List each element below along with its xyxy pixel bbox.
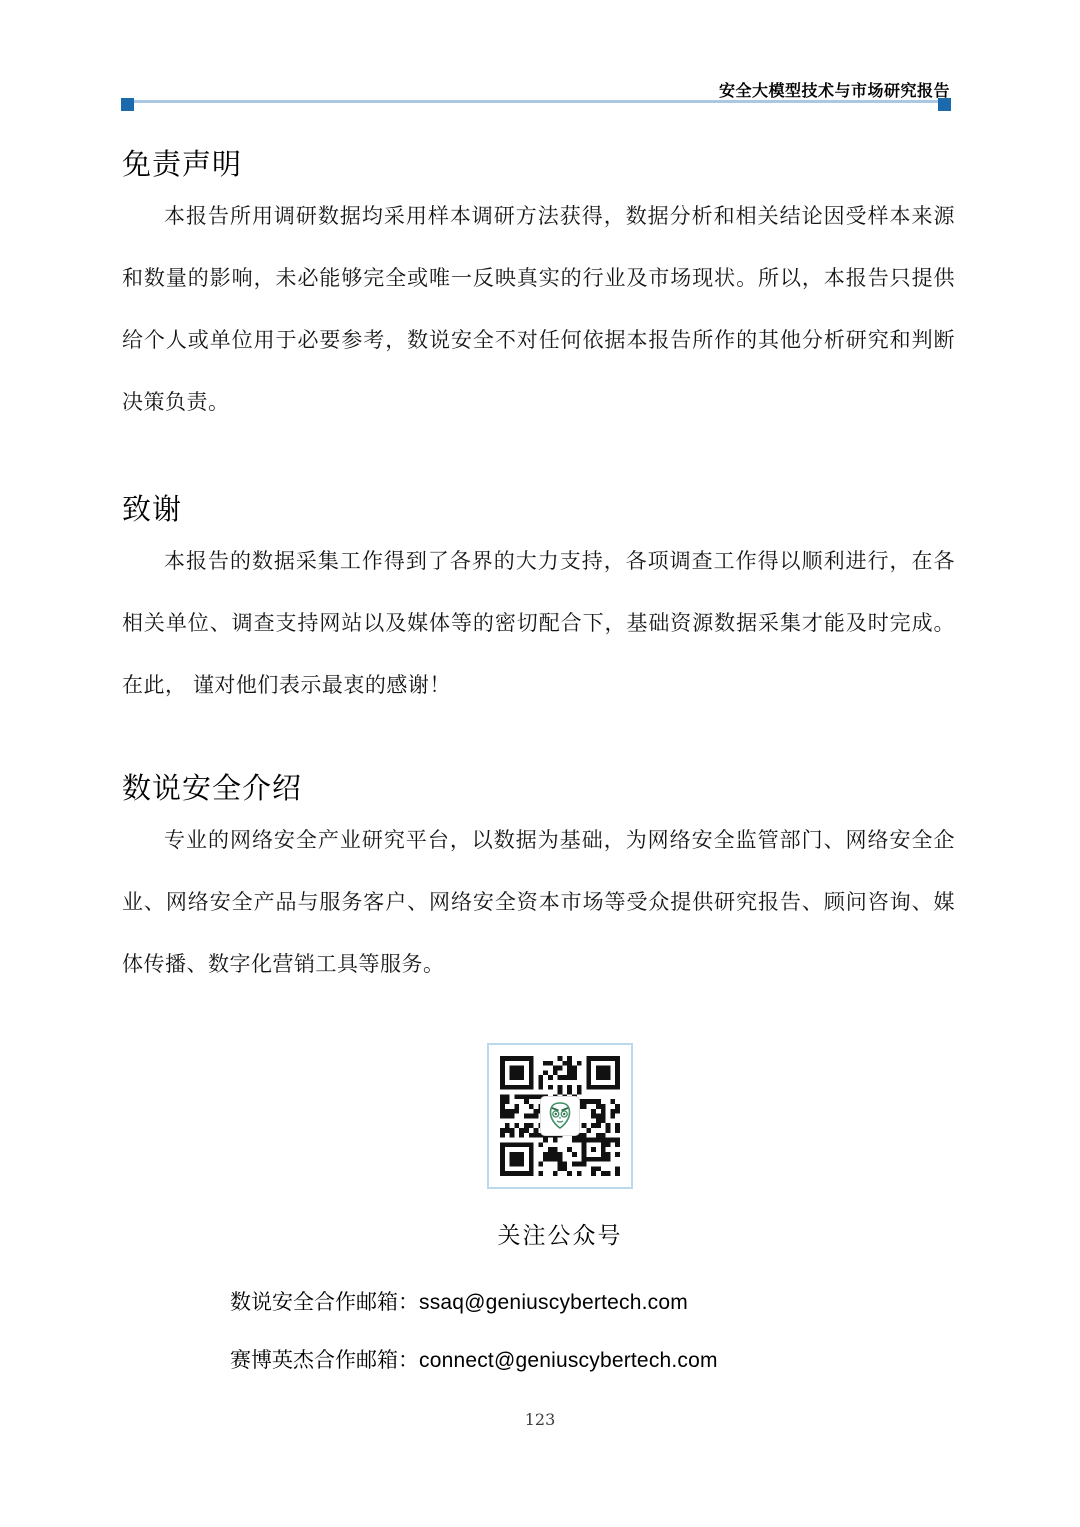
report-header-title: 安全大模型技术与市场研究报告 [719, 78, 950, 101]
contact-label: 数说安全合作邮箱： [230, 1291, 419, 1314]
section-heading-acknowledgments: 致谢 [122, 487, 182, 528]
disclaimer-paragraph: 本报告所用调研数据均采用样本调研方法获得，数据分析和相关结论因受样本来源和数量的… [122, 186, 955, 434]
report-page: 安全大模型技术与市场研究报告 免责声明 本报告所用调研数据均采用样本调研方法获得… [0, 0, 1080, 1527]
acknowledgments-paragraph: 本报告的数据采集工作得到了各界的大力支持，各项调查工作得以顺利进行，在各相关单位… [122, 531, 955, 717]
contact-email: connect@geniuscybertech.com [419, 1349, 718, 1372]
page-number: 123 [0, 1410, 1080, 1429]
header-rule-left-square [121, 98, 134, 111]
contact-email: ssaq@geniuscybertech.com [419, 1291, 688, 1314]
contact-line-connect: 赛博英杰合作邮箱：connect@geniuscybertech.com [230, 1344, 718, 1374]
owl-icon [540, 1096, 580, 1136]
section-heading-company-intro: 数说安全介绍 [122, 766, 302, 807]
section-heading-disclaimer: 免责声明 [122, 142, 242, 183]
header-rule-right-square [938, 98, 951, 111]
header-rule [122, 100, 950, 103]
wechat-qr-code [487, 1043, 633, 1189]
qr-caption: 关注公众号 [460, 1217, 660, 1250]
contact-label: 赛博英杰合作邮箱： [230, 1349, 419, 1372]
company-intro-paragraph: 专业的网络安全产业研究平台，以数据为基础，为网络安全监管部门、网络安全企业、网络… [122, 810, 955, 996]
contact-line-ssaq: 数说安全合作邮箱：ssaq@geniuscybertech.com [230, 1286, 688, 1316]
